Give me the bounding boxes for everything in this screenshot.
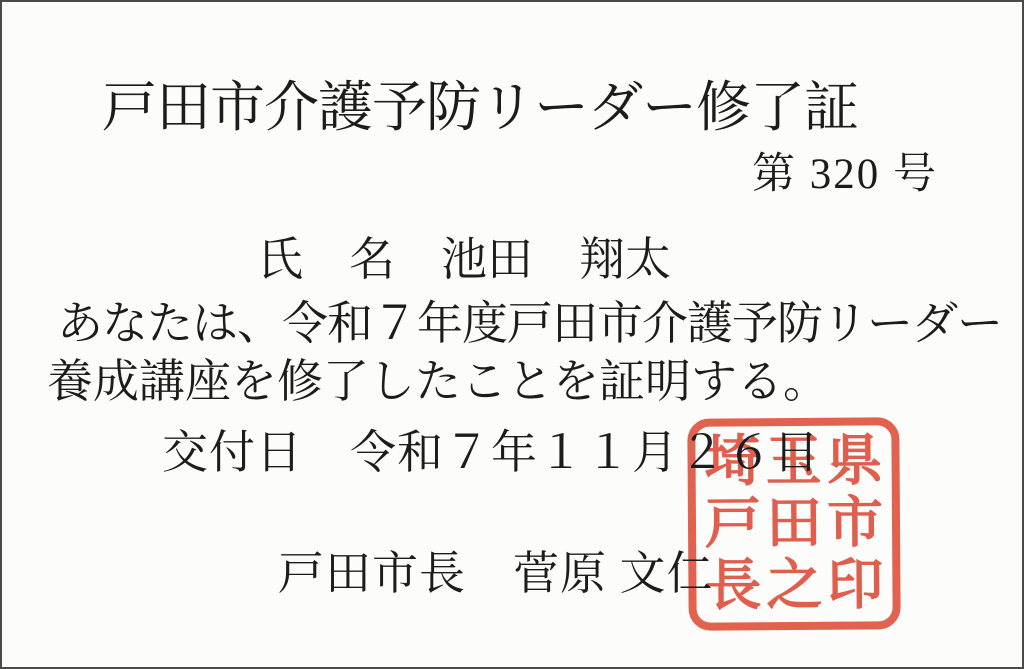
seal-row-3: 長之印 [700, 554, 888, 617]
certificate-body-line-2: 養成講座を修了したことを証明する。 [47, 356, 829, 409]
certificate-page: 戸田市介護予防リーダー修了証 第 320 号 氏 名 池田 翔太 あなたは、令和… [0, 0, 1024, 669]
seal-row-2: 戸田市 [700, 492, 888, 555]
issue-date-line: 交付日 令和７年１１月２６日 [162, 427, 820, 480]
certificate-title: 戸田市介護予防リーダー修了証 [102, 76, 858, 139]
certificate-number: 第 320 号 [752, 150, 938, 199]
signer-line: 戸田市長 菅原 文仁 [278, 548, 714, 601]
certificate-body-line-1: あなたは、令和７年度戸田市介護予防リーダー [57, 298, 1002, 351]
recipient-name-line: 氏 名 池田 翔太 [257, 234, 671, 287]
